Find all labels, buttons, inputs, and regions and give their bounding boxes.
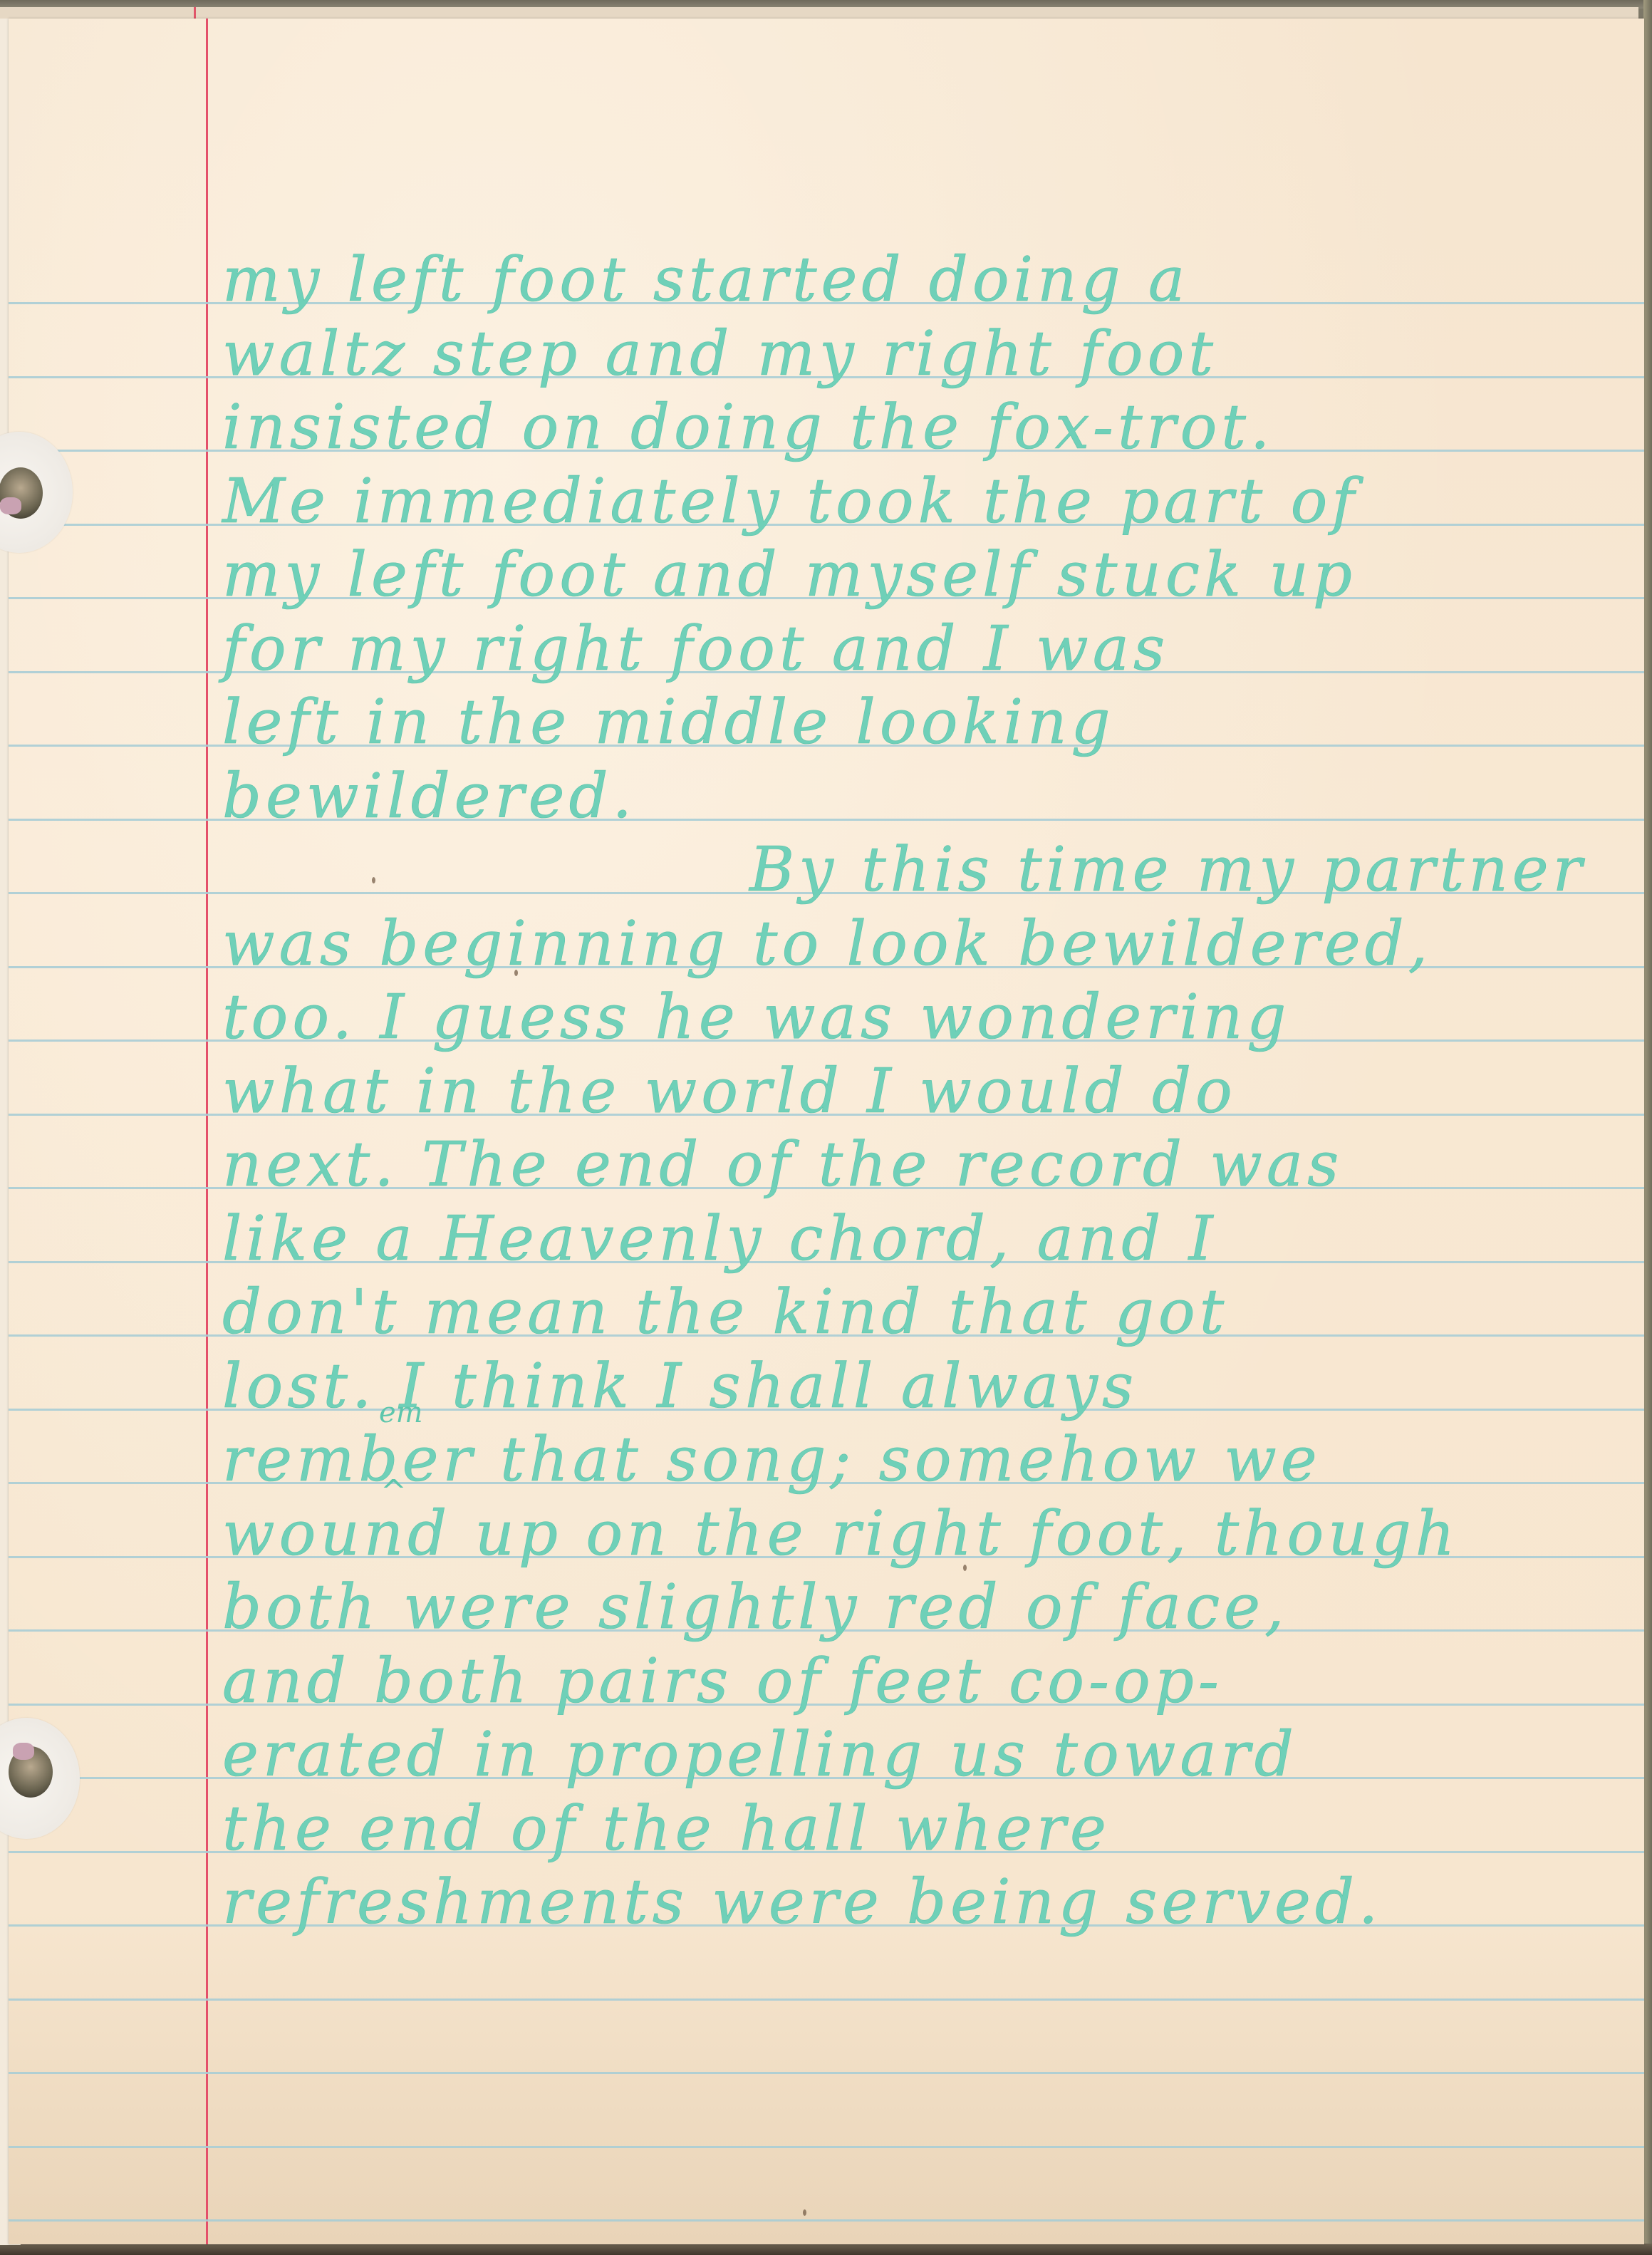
handwritten-line: next. The end of the record was bbox=[222, 1134, 1640, 1196]
inserted-letters: em bbox=[379, 1396, 423, 1429]
handwritten-line: lost. I think I shall always bbox=[222, 1356, 1640, 1417]
insertion-caret: ^ bbox=[380, 1473, 407, 1510]
handwritten-line: rember that song; somehow we bbox=[222, 1429, 1640, 1491]
handwritten-line: erated in propelling us toward bbox=[222, 1724, 1640, 1785]
underlying-margin-line bbox=[194, 7, 196, 19]
handwritten-line: bewildered. bbox=[222, 766, 1640, 827]
handwritten-line: my left foot started doing a bbox=[222, 249, 1640, 311]
handwritten-line: was beginning to look bewildered, bbox=[222, 913, 1640, 975]
handwritten-line: refreshments were being served. bbox=[222, 1872, 1640, 1933]
handwritten-line: the end of the hall where bbox=[222, 1798, 1640, 1860]
rule-line bbox=[9, 2219, 1644, 2222]
handwritten-line: insisted on doing the fox-trot. bbox=[222, 397, 1640, 458]
handwritten-line: don't mean the kind that got bbox=[222, 1282, 1640, 1343]
handwritten-line: and both pairs of feet co-op- bbox=[222, 1651, 1640, 1712]
paper-speck bbox=[963, 1565, 967, 1571]
rule-line bbox=[9, 2072, 1644, 2074]
handwritten-line: waltz step and my right foot bbox=[222, 323, 1640, 385]
handwritten-line: too. I guess he was wondering bbox=[222, 987, 1640, 1048]
handwritten-line: Me immediately took the part of bbox=[222, 471, 1640, 532]
paper-speck bbox=[514, 970, 518, 976]
handwritten-line: left in the middle looking bbox=[222, 692, 1640, 753]
handwritten-line: both were slightly red of face, bbox=[222, 1577, 1640, 1638]
handwritten-line: my left foot and myself stuck up bbox=[222, 544, 1640, 606]
notebook-page: my left foot started doing awaltz step a… bbox=[9, 19, 1644, 2244]
red-margin-line bbox=[206, 19, 208, 2244]
rule-line bbox=[9, 1999, 1644, 2001]
handwritten-line: for my right foot and I was bbox=[222, 618, 1640, 680]
handwritten-line: what in the world I would do bbox=[222, 1061, 1640, 1122]
binder-string-bottom bbox=[13, 1743, 34, 1760]
handwritten-line: like a Heavenly chord, and I bbox=[222, 1208, 1640, 1270]
handwritten-line: By this time my partner bbox=[749, 839, 1652, 901]
handwritten-line: wound up on the right foot, though bbox=[222, 1503, 1640, 1565]
scanner-right-edge bbox=[1643, 0, 1652, 2255]
binder-string-top bbox=[0, 497, 21, 514]
rule-line bbox=[9, 2146, 1644, 2148]
paper-speck bbox=[803, 2209, 806, 2216]
scanner-bottom-edge bbox=[0, 2244, 1652, 2255]
paper-speck bbox=[372, 877, 375, 883]
